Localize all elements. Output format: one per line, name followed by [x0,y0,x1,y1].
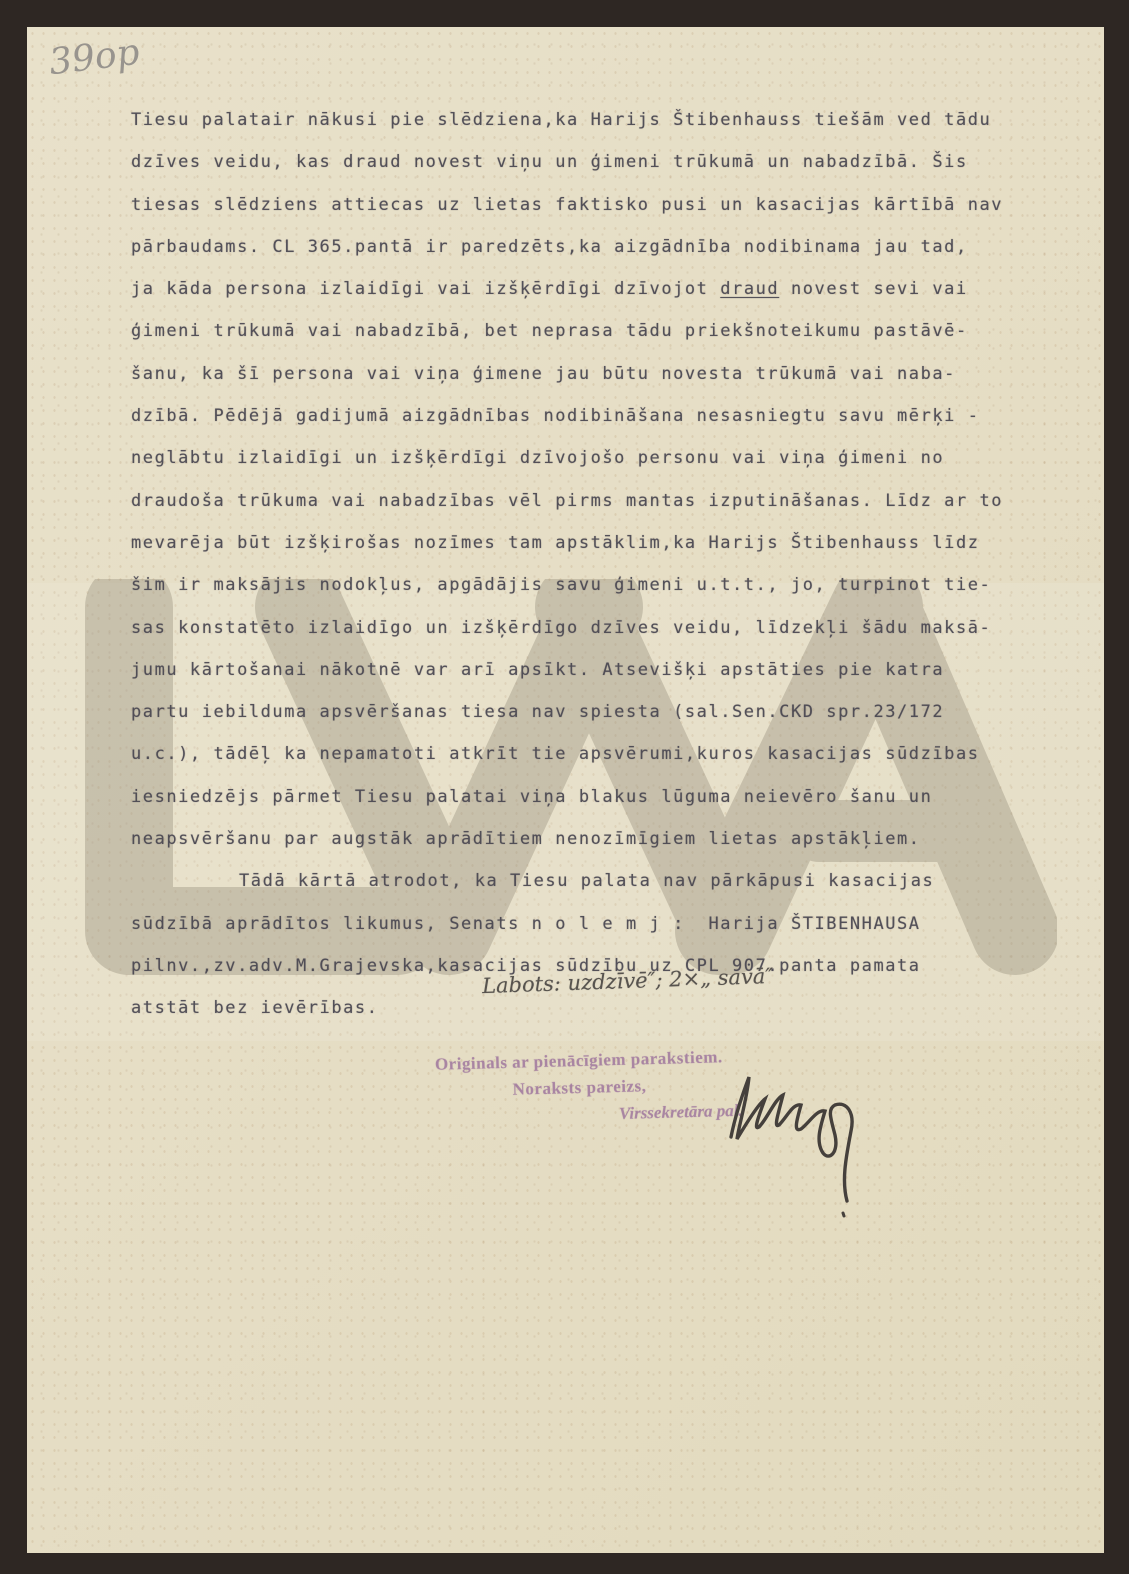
typed-line: draudoša trūkuma vai nabadzības vēl pirm… [131,480,1051,522]
typed-line: dzībā. Pēdējā gadijumā aizgādnības nodib… [131,395,1051,437]
certification-stamp: Originals ar pienācīgiem parakstiem. Nor… [406,1042,753,1132]
scanned-page: 39op Tiesu palatair nākusi pie slēdziena… [27,27,1104,1553]
underlined-word: draud [720,279,779,299]
typed-line: ja kāda persona izlaidīgi vai izšķērdīgi… [131,268,1051,310]
typed-line: sūdzībā aprādītos likumus, Senats n o l … [131,903,1051,945]
typed-line: partu iebilduma apsvēršanas tiesa nav sp… [131,691,1051,733]
typed-line: Tiesu palatair nākusi pie slēdziena,ka H… [131,99,1051,141]
typed-line: tiesas slēdziens attiecas uz lietas fakt… [131,184,1051,226]
typed-line: neglābtu izlaidīgi un izšķērdīgi dzīvojo… [131,437,1051,479]
typed-line: neapsvēršanu par augstāk aprādītiem neno… [131,818,1051,860]
folio-number: 39op [47,32,142,84]
typed-line: šanu, ka šī persona vai viņa ģimene jau … [131,353,1051,395]
typed-line: pārbaudams. CL 365.pantā ir paredzēts,ka… [131,226,1051,268]
typed-line: Tādā kārtā atrodot, ka Tiesu palata nav … [131,860,1051,902]
typed-line: u.c.), tādēļ ka nepamatoti atkrīt tie ap… [131,733,1051,775]
typed-line: jumu kārtošanai nākotnē var arī apsīkt. … [131,649,1051,691]
typed-line: mevarēja būt izšķirošas nozīmes tam apst… [131,522,1051,564]
typed-line: šim ir maksājis nodokļus, apgādājis savu… [131,564,1051,606]
typed-body: Tiesu palatair nākusi pie slēdziena,ka H… [131,99,1051,1030]
typed-line: sas konstatēto izlaidīgo un izšķērdīgo d… [131,607,1051,649]
signature [713,1059,883,1229]
typed-line: dzīves veidu, kas draud novest viņu un ģ… [131,141,1051,183]
typed-line: ģimeni trūkumā vai nabadzībā, bet nepras… [131,310,1051,352]
folio-number-main: 39op [47,32,142,84]
typed-line: iesniedzējs pārmet Tiesu palatai viņa bl… [131,776,1051,818]
